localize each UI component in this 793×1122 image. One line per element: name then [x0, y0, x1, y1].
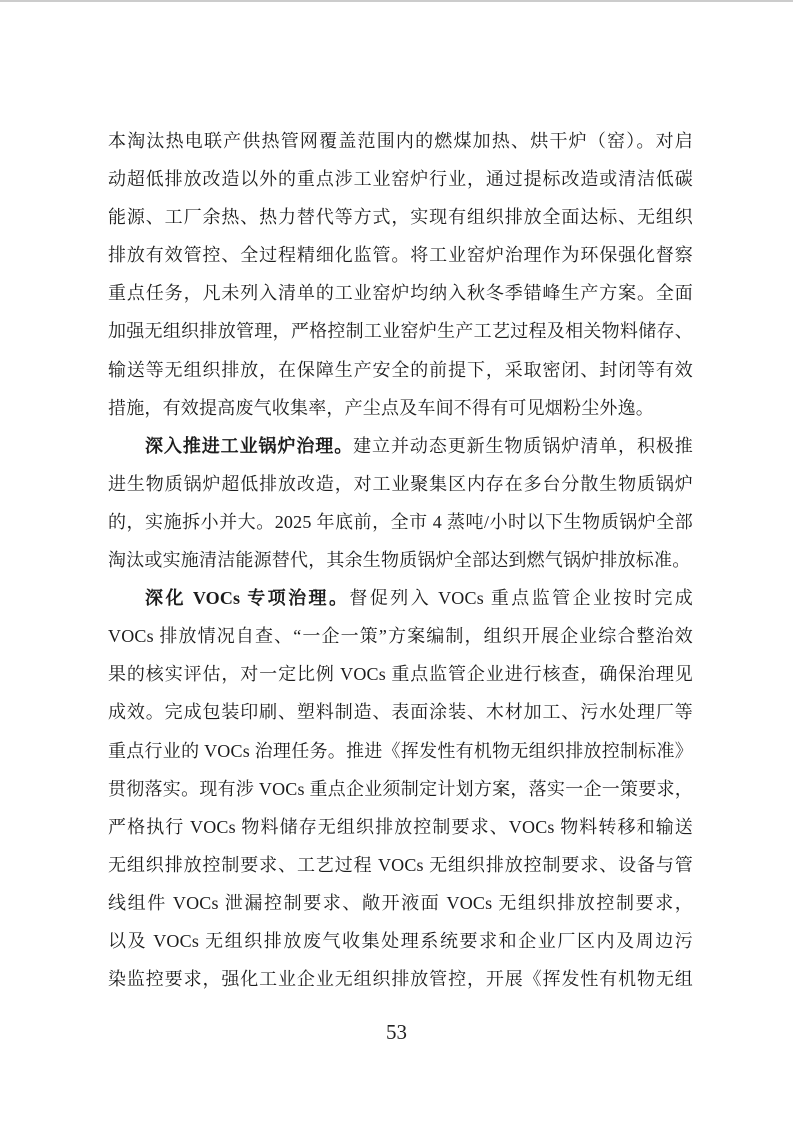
text-line: VOCs 排放情况自查、“一企一策”方案编制，组织开展企业综合整治效	[108, 617, 693, 655]
text-line: 动超低排放改造以外的重点涉工业窑炉行业，通过提标改造或清洁低碳	[108, 160, 693, 198]
text-run: VOCs 排放情况自查、“一企一策”方案编制，组织开展企业综合整治效	[108, 626, 693, 646]
text-line: 贯彻落实。现有涉 VOCs 重点企业须制定计划方案，落实一企一策要求，	[108, 770, 693, 808]
text-run: 动超低排放改造以外的重点涉工业窑炉行业，通过提标改造或清洁低碳	[108, 169, 693, 189]
text-line: 淘汰或实施清洁能源替代，其余生物质锅炉全部达到燃气锅炉排放标准。	[108, 541, 693, 579]
text-line: 染监控要求，强化工业企业无组织排放管控，开展《挥发性有机物无组	[108, 960, 693, 998]
text-run: 建立并动态更新生物质锅炉清单，积极推	[353, 436, 693, 456]
text-line: 能源、工厂余热、热力替代等方式，实现有组织排放全面达标、无组织	[108, 198, 693, 236]
text-run: 的，实施拆小并大。2025 年底前，全市 4 蒸吨/小时以下生物质锅炉全部	[108, 512, 693, 532]
text-line: 严格执行 VOCs 物料储存无组织排放控制要求、VOCs 物料转移和输送	[108, 808, 693, 846]
text-run: 能源、工厂余热、热力替代等方式，实现有组织排放全面达标、无组织	[108, 207, 693, 227]
text-run: 无组织排放控制要求、工艺过程 VOCs 无组织排放控制要求、设备与管	[108, 855, 693, 875]
paragraph-heading-run: 深入推进工业锅炉治理。	[145, 436, 353, 456]
text-run: 排放有效管控、全过程精细化监管。将工业窑炉治理作为环保强化督察	[108, 245, 693, 265]
text-line: 加强无组织排放管理，严格控制工业窑炉生产工艺过程及相关物料储存、	[108, 312, 693, 350]
text-run: 重点行业的 VOCs 治理任务。推进《挥发性有机物无组织排放控制标准》	[108, 741, 693, 761]
text-run: 督促列入 VOCs 重点监管企业按时完成	[349, 588, 693, 608]
text-line: 无组织排放控制要求、工艺过程 VOCs 无组织排放控制要求、设备与管	[108, 846, 693, 884]
text-line: 本淘汰热电联产供热管网覆盖范围内的燃煤加热、烘干炉（窑）。对启	[108, 122, 693, 160]
text-line: 措施，有效提高废气收集率，产尘点及车间不得有可见烟粉尘外逸。	[108, 389, 693, 427]
text-run: 本淘汰热电联产供热管网覆盖范围内的燃煤加热、烘干炉（窑）。对启	[108, 131, 693, 151]
scan-edge-line	[0, 0, 793, 2]
text-line: 重点行业的 VOCs 治理任务。推进《挥发性有机物无组织排放控制标准》	[108, 732, 693, 770]
paragraph-heading-run: 深化 VOCs 专项治理。	[145, 588, 349, 608]
text-run: 贯彻落实。现有涉 VOCs 重点企业须制定计划方案，落实一企一策要求，	[108, 779, 693, 799]
document-body-text: 本淘汰热电联产供热管网覆盖范围内的燃煤加热、烘干炉（窑）。对启动超低排放改造以外…	[108, 122, 693, 998]
text-run: 严格执行 VOCs 物料储存无组织排放控制要求、VOCs 物料转移和输送	[108, 817, 693, 837]
text-line: 线组件 VOCs 泄漏控制要求、敞开液面 VOCs 无组织排放控制要求，	[108, 884, 693, 922]
text-line: 深入推进工业锅炉治理。建立并动态更新生物质锅炉清单，积极推	[108, 427, 693, 465]
document-page: 本淘汰热电联产供热管网覆盖范围内的燃煤加热、烘干炉（窑）。对启动超低排放改造以外…	[0, 0, 793, 1122]
text-line: 排放有效管控、全过程精细化监管。将工业窑炉治理作为环保强化督察	[108, 236, 693, 274]
text-run: 重点任务，凡未列入清单的工业窑炉均纳入秋冬季错峰生产方案。全面	[108, 283, 693, 303]
text-line: 输送等无组织排放，在保障生产安全的前提下，采取密闭、封闭等有效	[108, 351, 693, 389]
text-line: 以及 VOCs 无组织排放废气收集处理系统要求和企业厂区内及周边污	[108, 922, 693, 960]
text-run: 线组件 VOCs 泄漏控制要求、敞开液面 VOCs 无组织排放控制要求，	[108, 893, 693, 913]
text-run: 淘汰或实施清洁能源替代，其余生物质锅炉全部达到燃气锅炉排放标准。	[108, 550, 690, 570]
page-number: 53	[0, 1020, 793, 1045]
text-run: 以及 VOCs 无组织排放废气收集处理系统要求和企业厂区内及周边污	[108, 931, 693, 951]
text-run: 加强无组织排放管理，严格控制工业窑炉生产工艺过程及相关物料储存、	[108, 321, 693, 341]
text-run: 染监控要求，强化工业企业无组织排放管控，开展《挥发性有机物无组	[108, 969, 693, 989]
text-line: 成效。完成包装印刷、塑料制造、表面涂装、木材加工、污水处理厂等	[108, 693, 693, 731]
text-run: 进生物质锅炉超低排放改造，对工业聚集区内存在多台分散生物质锅炉	[108, 474, 693, 494]
text-line: 的，实施拆小并大。2025 年底前，全市 4 蒸吨/小时以下生物质锅炉全部	[108, 503, 693, 541]
text-run: 措施，有效提高废气收集率，产尘点及车间不得有可见烟粉尘外逸。	[108, 398, 654, 418]
text-line: 果的核实评估，对一定比例 VOCs 重点监管企业进行核查，确保治理见	[108, 655, 693, 693]
text-run: 果的核实评估，对一定比例 VOCs 重点监管企业进行核查，确保治理见	[108, 664, 693, 684]
text-line: 进生物质锅炉超低排放改造，对工业聚集区内存在多台分散生物质锅炉	[108, 465, 693, 503]
text-line: 重点任务，凡未列入清单的工业窑炉均纳入秋冬季错峰生产方案。全面	[108, 274, 693, 312]
text-run: 输送等无组织排放，在保障生产安全的前提下，采取密闭、封闭等有效	[108, 360, 693, 380]
text-run: 成效。完成包装印刷、塑料制造、表面涂装、木材加工、污水处理厂等	[108, 702, 693, 722]
text-line: 深化 VOCs 专项治理。督促列入 VOCs 重点监管企业按时完成	[108, 579, 693, 617]
